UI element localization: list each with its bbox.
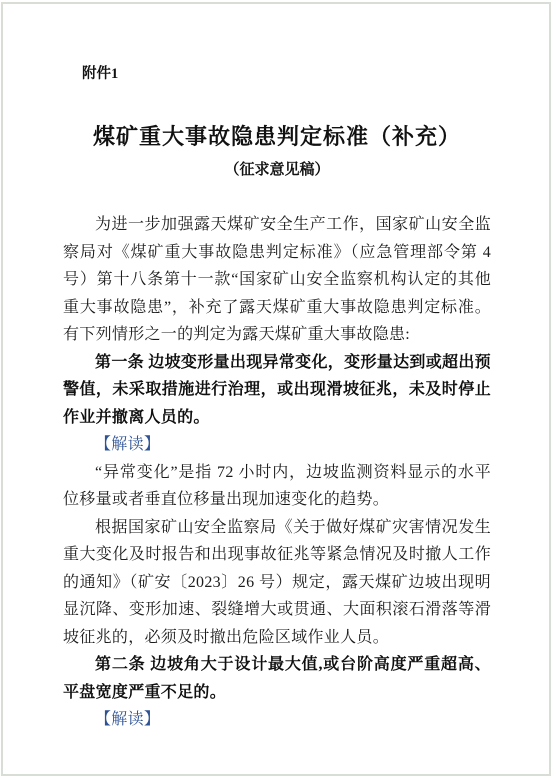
paragraph-article-1-explain-1: “异常变化”是指 72 小时内，边坡监测资料显示的水平位移量或者垂直位移量出现加… — [63, 459, 491, 514]
paragraph-intro: 为进一步加强露天煤矿安全生产工作，国家矿山安全监察局对《煤矿重大事故隐患判定标准… — [63, 211, 491, 349]
paragraph-article-1-explain-2: 根据国家矿山安全监察局《关于做好煤矿灾害情况发生重大变化及时报告和出现事故征兆等… — [63, 514, 491, 652]
paragraph-article-2: 第二条 边坡角大于设计最大值,或台阶高度严重超高、平盘宽度严重不足的。 — [63, 651, 491, 706]
attachment-label: 附件1 — [63, 64, 491, 84]
jiedu-label-2: 【解读】 — [63, 706, 491, 734]
document-subtitle: （征求意见稿） — [63, 161, 491, 179]
document-title: 煤矿重大事故隐患判定标准（补充） — [63, 122, 491, 152]
document-content: 附件1 煤矿重大事故隐患判定标准（补充） （征求意见稿） 为进一步加强露天煤矿安… — [3, 4, 549, 774]
document-page: 附件1 煤矿重大事故隐患判定标准（补充） （征求意见稿） 为进一步加强露天煤矿安… — [1, 2, 551, 776]
jiedu-label-1: 【解读】 — [63, 431, 491, 459]
document-body: 为进一步加强露天煤矿安全生产工作，国家矿山安全监察局对《煤矿重大事故隐患判定标准… — [63, 211, 491, 734]
paragraph-article-1: 第一条 边坡变形量出现异常变化，变形量达到或超出预警值，未采取措施进行治理，或出… — [63, 349, 491, 432]
